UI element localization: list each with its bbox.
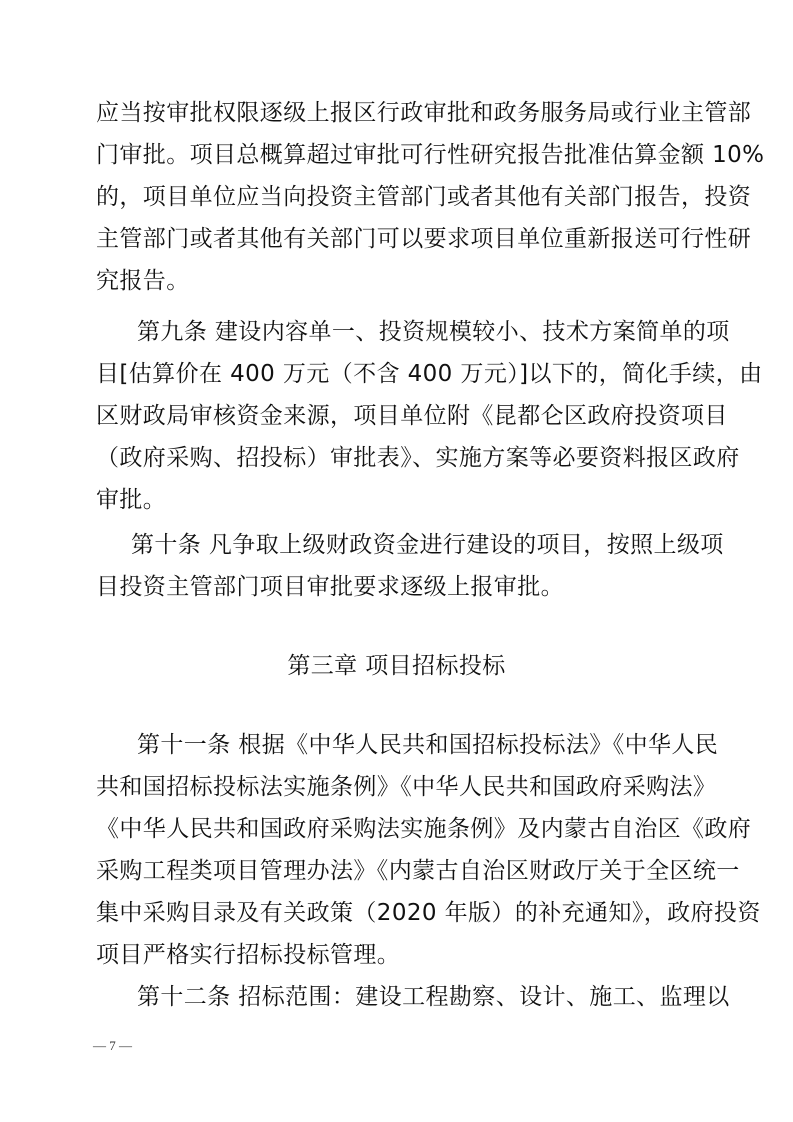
article-10-line: 第十条 凡争取上级财政资金进行建设的项目，按照上级项	[131, 530, 700, 560]
paragraph-line: 究报告。	[96, 266, 700, 296]
document-page: 应当按审批权限逐级上报区行政审批和政务服务局或行业主管部 门审批。项目总概算超过…	[0, 0, 793, 1122]
paragraph-line: 的，项目单位应当向投资主管部门或者其他有关部门报告，投资	[96, 182, 700, 212]
article-9-line: 区财政局审核资金来源，项目单位附《昆都仑区政府投资项目	[96, 401, 700, 431]
article-11-line: 共和国招标投标法实施条例》《中华人民共和国政府采购法》	[96, 772, 700, 802]
article-11-line: 集中采购目录及有关政策（2020 年版）的补充通知》，政府投资	[96, 898, 700, 928]
article-11-line: 《中华人民共和国政府采购法实施条例》及内蒙古自治区《政府	[96, 814, 700, 844]
article-10-line: 目投资主管部门项目审批要求逐级上报审批。	[96, 572, 700, 602]
article-9-line: （政府采购、招投标）审批表》、实施方案等必要资料报区政府	[96, 443, 700, 473]
paragraph-line: 门审批。项目总概算超过审批可行性研究报告批准估算金额 10%	[96, 140, 700, 170]
page-number: — 7 —	[93, 1038, 132, 1054]
article-11-line: 采购工程类项目管理办法》《内蒙古自治区财政厅关于全区统一	[96, 856, 700, 886]
article-9-line: 目[估算价在 400 万元（不含 400 万元）]以下的，简化手续，由	[96, 359, 700, 389]
article-9-line: 审批。	[96, 485, 700, 515]
paragraph-line: 应当按审批权限逐级上报区行政审批和政务服务局或行业主管部	[96, 98, 700, 128]
article-9-line: 第九条 建设内容单一、投资规模较小、技术方案简单的项	[137, 317, 700, 347]
chapter-heading: 第三章 项目招标投标	[0, 651, 793, 681]
article-11-line: 项目严格实行招标投标管理。	[96, 940, 700, 970]
paragraph-line: 主管部门或者其他有关部门可以要求项目单位重新报送可行性研	[96, 224, 700, 254]
article-11-line: 第十一条 根据《中华人民共和国招标投标法》《中华人民	[137, 730, 700, 760]
article-12-line: 第十二条 招标范围：建设工程勘察、设计、施工、监理以	[137, 982, 700, 1012]
